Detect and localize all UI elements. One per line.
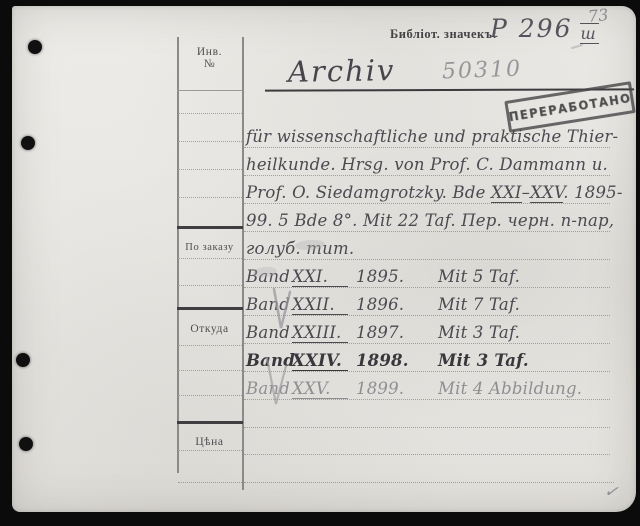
band-label: Band [246, 267, 292, 286]
description-line-1: für wissenschaftliche und praktische Thi… [246, 127, 618, 146]
sidebar-label-po-zakazu: По заказу [177, 242, 242, 253]
rule-line [178, 482, 242, 483]
band-numeral: XXI. [292, 267, 348, 287]
inventory-label-line1: Инв. [177, 46, 242, 58]
punch-hole [19, 437, 33, 451]
guide-line [244, 454, 610, 455]
pencil-checkmark: ✓ [603, 481, 620, 503]
band-label: Band [246, 351, 292, 370]
band-row: Band XXIV. 1898. Mit 3 Taf. [246, 351, 626, 371]
rule-line [178, 197, 242, 198]
band-note: Mit 3 Taf. [438, 351, 529, 370]
band-numeral: XXIII. [292, 323, 348, 343]
guide-line [244, 259, 610, 260]
band-year: 1896. [356, 295, 420, 314]
reworked-stamp-text: ПЕРЕРАБОТАНО [508, 90, 633, 125]
bookplate-mark-suffix: ш [580, 23, 599, 44]
section-divider [177, 307, 243, 310]
rule-line [178, 169, 242, 170]
band-numeral: XXII. [292, 295, 348, 315]
band-row: Band XXIII. 1897. Mit 3 Taf. [246, 323, 626, 343]
accession-number: 50310 [442, 57, 523, 85]
scanned-catalog-card: { "page": { "number": "73", "corner_chec… [0, 0, 640, 526]
band-year: 1898. [356, 351, 420, 370]
description-line-3-tail: . 1895- [563, 183, 622, 202]
description-line-5: голуб. тит. [246, 239, 354, 258]
rule-line [178, 113, 242, 114]
bookplate-mark: P 296ш [490, 14, 599, 43]
sidebar-label-cena: Цѣна [177, 436, 242, 448]
band-row: Band XXI. 1895. Mit 5 Taf. [246, 267, 626, 287]
pencil-dash [572, 45, 582, 48]
volume-range-start: XXI [491, 183, 522, 203]
title-handwritten: Archiv [288, 53, 396, 89]
guide-line [244, 399, 610, 400]
guide-line [244, 371, 610, 372]
section-divider [177, 226, 243, 229]
section-divider [177, 421, 243, 424]
rule-line [178, 285, 242, 286]
punch-hole [21, 136, 35, 150]
band-label: Band [246, 379, 292, 398]
volume-range-dash: – [522, 183, 530, 202]
band-label: Band [246, 295, 292, 314]
description-line-2: heilkunde. Hrsg. von Prof. C. Dammann u. [246, 155, 608, 174]
band-note: Mit 4 Abbildung. [438, 379, 582, 398]
guide-line [244, 287, 610, 288]
band-year: 1895. [356, 267, 420, 286]
rule-line [178, 345, 242, 346]
description-line-3: Prof. O. Siedamgrotzky. Bde XXI–XXV. 189… [246, 183, 623, 202]
band-row: Band XXII. 1896. Mit 7 Taf. [246, 295, 626, 315]
guide-line [244, 315, 610, 316]
page-number: 73 [587, 5, 609, 26]
rule-line [177, 90, 243, 91]
guide-line [244, 231, 610, 232]
rule-line [178, 450, 242, 451]
rule-line [178, 370, 242, 371]
guide-line [244, 427, 610, 428]
band-numeral: XXIV. [292, 351, 348, 371]
guide-line [244, 482, 614, 483]
volume-range-end: XXV [530, 183, 563, 203]
band-note: Mit 3 Taf. [438, 323, 520, 342]
rule-line [178, 395, 242, 396]
bookplate-label: Библіот. значекъ: [390, 27, 497, 42]
band-year: 1897. [356, 323, 420, 342]
band-numeral: XXV. [292, 379, 348, 399]
sidebar-label-inventory-number: Инв. № [177, 46, 242, 70]
band-row: Band XXV. 1899. Mit 4 Abbildung. [246, 379, 626, 399]
band-note: Mit 7 Taf. [438, 295, 520, 314]
band-note: Mit 5 Taf. [438, 267, 520, 286]
catalog-card-paper: Инв. № По заказу Откуда Цѣна Библіот. зн… [12, 6, 636, 512]
band-label: Band [246, 323, 292, 342]
rule-line [178, 258, 242, 259]
description-line-3-text: Prof. O. Siedamgrotzky. Bde [246, 183, 491, 202]
punch-hole [28, 40, 42, 54]
inventory-label-line2: № [177, 58, 242, 70]
guide-line [244, 147, 610, 148]
guide-line [244, 203, 610, 204]
sidebar-label-otkuda: Откуда [177, 323, 242, 335]
bookplate-mark-value: P 296 [490, 14, 573, 43]
punch-hole [16, 353, 30, 367]
guide-line [244, 343, 610, 344]
description-line-4: 99. 5 Bde 8°. Mit 22 Taf. Пер. черн. п-п… [246, 211, 614, 230]
guide-line [244, 175, 610, 176]
table-vertical-line [177, 37, 179, 473]
band-year: 1899. [356, 379, 420, 398]
rule-line [178, 141, 242, 142]
